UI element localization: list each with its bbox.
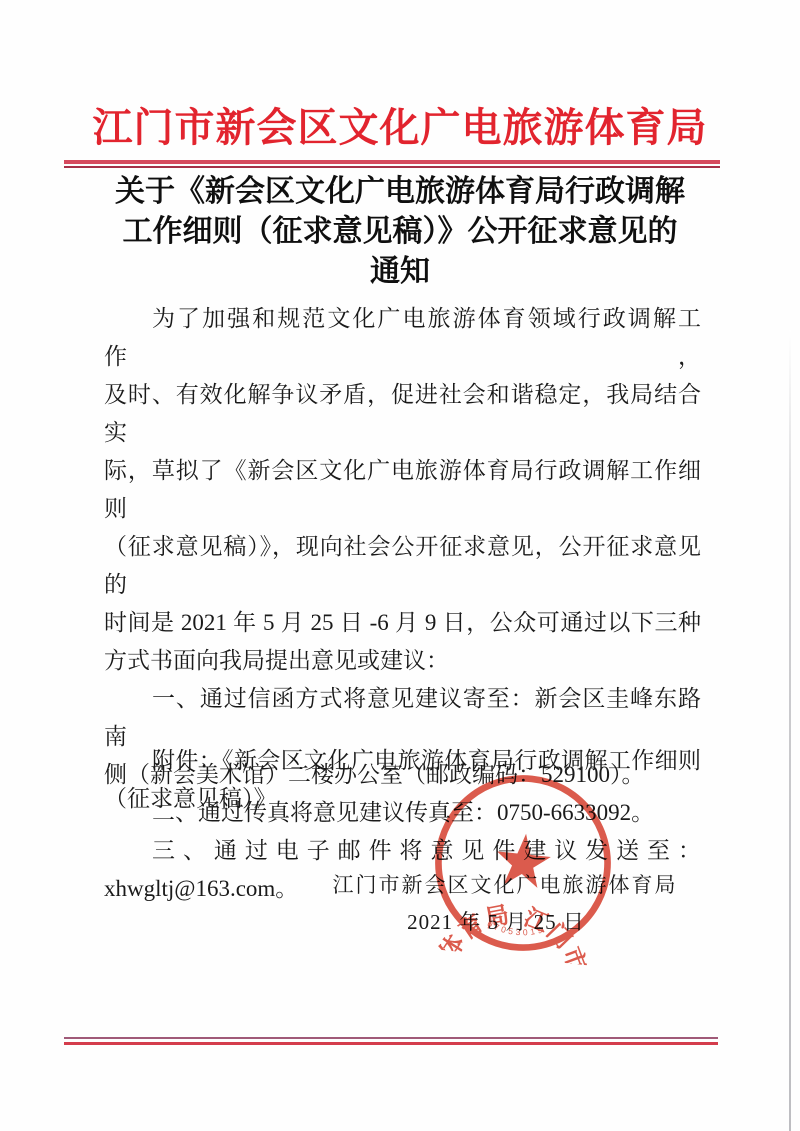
body-line: 及时、有效化解争议矛盾，促进社会和谐稳定，我局结合实 bbox=[104, 376, 701, 452]
body-line: （征求意见稿）》，现向社会公开征求意见，公开征求意见的 bbox=[104, 528, 701, 604]
document-title-line: 通知 bbox=[370, 255, 430, 288]
attachment-line: 附件：《新会区文化广电旅游体育局行政调解工作细则 bbox=[104, 742, 701, 780]
agency-masthead: 江门市新会区文化广电旅游体育局 bbox=[0, 96, 800, 153]
header-rule-thick-line bbox=[64, 160, 720, 164]
footer-double-rule bbox=[64, 1037, 718, 1045]
body-line: 为了加强和规范文化广电旅游体育领域行政调解工作， bbox=[104, 300, 701, 376]
document-title-line: 工作细则（征求意见稿）》公开征求意见的 bbox=[123, 215, 678, 248]
document-title: 关于《新会区文化广电旅游体育局行政调解 工作细则（征求意见稿）》公开征求意见的 … bbox=[60, 172, 740, 292]
header-rule-thin-line bbox=[64, 166, 720, 168]
footer-rule-thick-line bbox=[64, 1042, 718, 1045]
body-line: 方式书面向我局提出意见或建议： bbox=[104, 642, 701, 680]
body-line: 时间是 2021 年 5 月 25 日 -6 月 9 日，公众可通过以下三种 bbox=[104, 604, 701, 642]
official-seal: 江门市新会区文化广电旅游体育局 07053019 bbox=[419, 759, 628, 968]
seal-star-icon bbox=[494, 831, 553, 889]
document-title-line: 关于《新会区文化广电旅游体育局行政调解 bbox=[115, 175, 685, 208]
footer-rule-thin-line bbox=[64, 1037, 718, 1039]
header-double-rule bbox=[64, 160, 720, 168]
scan-edge-line bbox=[789, 330, 791, 1131]
body-line: 际，草拟了《新会区文化广电旅游体育局行政调解工作细则 bbox=[104, 452, 701, 528]
document-page: 江门市新会区文化广电旅游体育局 关于《新会区文化广电旅游体育局行政调解 工作细则… bbox=[0, 0, 800, 1131]
